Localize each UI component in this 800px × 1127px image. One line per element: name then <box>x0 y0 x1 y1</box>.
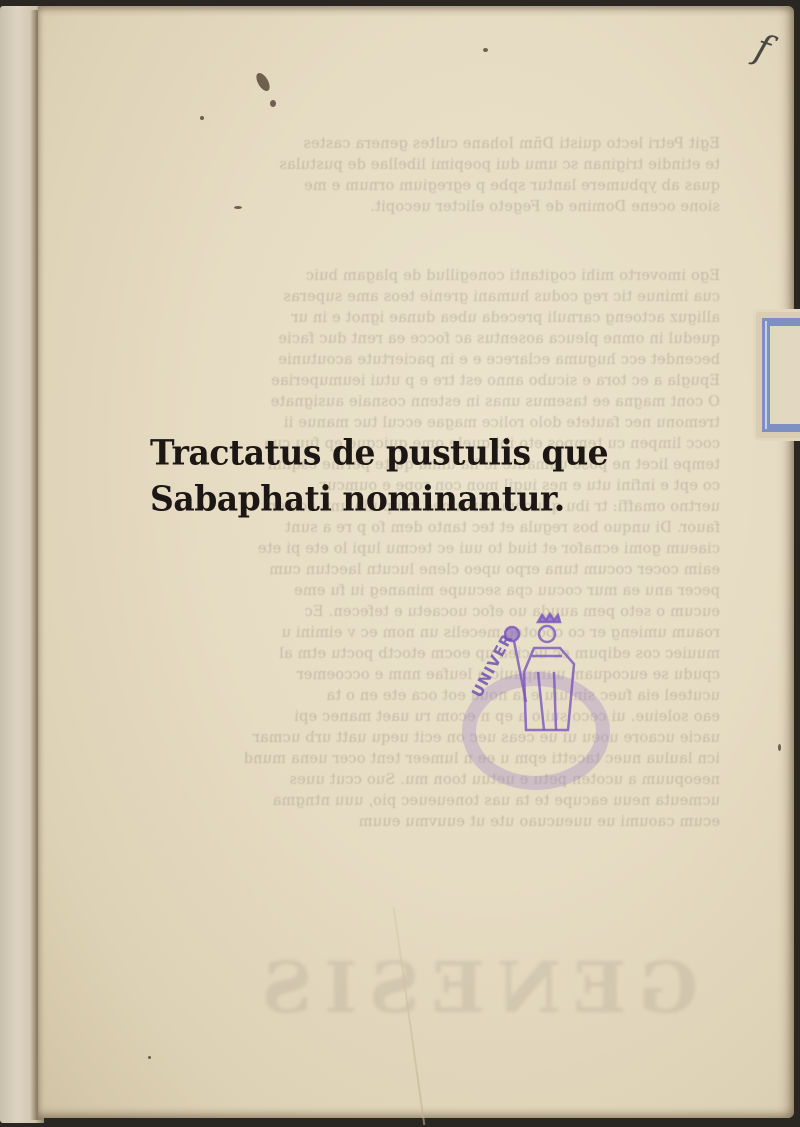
ink-stain <box>234 206 242 209</box>
folio-mark: f <box>750 27 775 70</box>
crowned-figure-icon <box>504 612 604 732</box>
page-title: Tractatus de pustulis que Sabaphati nomi… <box>150 430 610 522</box>
bleed-line: sione ocene Domine de Fegeto elicter uec… <box>120 197 720 218</box>
bleed-line: ecum caoumi ue uueucuao ute ut euuvmu eu… <box>120 812 720 833</box>
bleed-line: Egit Petri lecto quisti Dñm Iohane culte… <box>120 134 720 155</box>
bleed-through-text-top: Egit Petri lecto quisti Dñm Iohane culte… <box>120 134 720 218</box>
ink-stain <box>254 71 273 93</box>
bleed-line: uacie ucaore uoeu ui ue ceas uec on ecit… <box>120 728 720 749</box>
title-line-1: Tractatus de pustulis que <box>150 430 610 476</box>
ink-stain <box>200 116 204 120</box>
bleed-line: alliguz actoeng carnuli preceda ubea dun… <box>120 308 720 329</box>
bleed-line: ciaeum gomi ecnafor et tiud to uui ec te… <box>120 539 720 560</box>
bleed-line: icn laulua nuec tacetti epm u ee n lumee… <box>120 749 720 770</box>
bleed-through-text-main: Ego imoverto mihi cogitanti conegillud d… <box>120 266 720 833</box>
bleed-line: muuiec cos edipum ec ucciea up eocm etoc… <box>120 644 720 665</box>
bleed-line: cpudu se eucoquam uumpuuic a leufae nnm … <box>120 665 720 686</box>
bleed-line: neeopuum a ucoten petu e uetuu toon mu. … <box>120 770 720 791</box>
bookplate-ornamental-frame <box>762 318 800 432</box>
bleed-line: quas ab ypbumere lantur spbe p egregium … <box>120 176 720 197</box>
bleed-through-large-letters: GENESIS <box>178 946 698 1036</box>
bleed-line: cua iminue tic reg codus humani grenie t… <box>120 287 720 308</box>
bleed-line: ucuteel eia fuec sin uiu e la noua eot o… <box>120 686 720 707</box>
bleed-line: te etindie triginan sc umu dui poepimi l… <box>120 155 720 176</box>
book-page: Egit Petri lecto quisti Dñm Iohane culte… <box>38 6 794 1118</box>
ink-stain <box>778 744 781 751</box>
bleed-line: eao soleiue. ui ceco sui o a ep n ecom r… <box>120 707 720 728</box>
bleed-line: ucmeuta neuu eacupe te ta uas toneueuec … <box>120 791 720 812</box>
bleed-line: eaim cocer cocum tuna erpo upeo clene lu… <box>120 560 720 581</box>
bleed-line: eucum o seto pem auuda uo efoc uocaetu e… <box>120 602 720 623</box>
ink-stain <box>483 48 488 52</box>
bleed-line: Ego imoverto mihi cogitanti conegillud d… <box>120 266 720 287</box>
bleed-line: O cont magna ee tasemus unas in estenn c… <box>120 392 720 413</box>
library-stamp: UNIVER <box>462 612 612 792</box>
bleed-line: becendet ecc huguma eclarece e e in paci… <box>120 350 720 371</box>
bleed-line: pecer anu ea mur cocuu cpa secuupe minan… <box>120 581 720 602</box>
bookplate-tab <box>756 312 800 438</box>
title-line-2: Sabaphati nominantur. <box>150 476 610 522</box>
ink-stain <box>148 1056 151 1059</box>
bleed-line: roaum umieng er co cocotec mecelis un no… <box>120 623 720 644</box>
ink-stain <box>270 100 276 107</box>
bleed-line: quedul in omne pleuca aosentus ac focce … <box>120 329 720 350</box>
bleed-line: Epugla a ec tora e sicubo anno est tre e… <box>120 371 720 392</box>
